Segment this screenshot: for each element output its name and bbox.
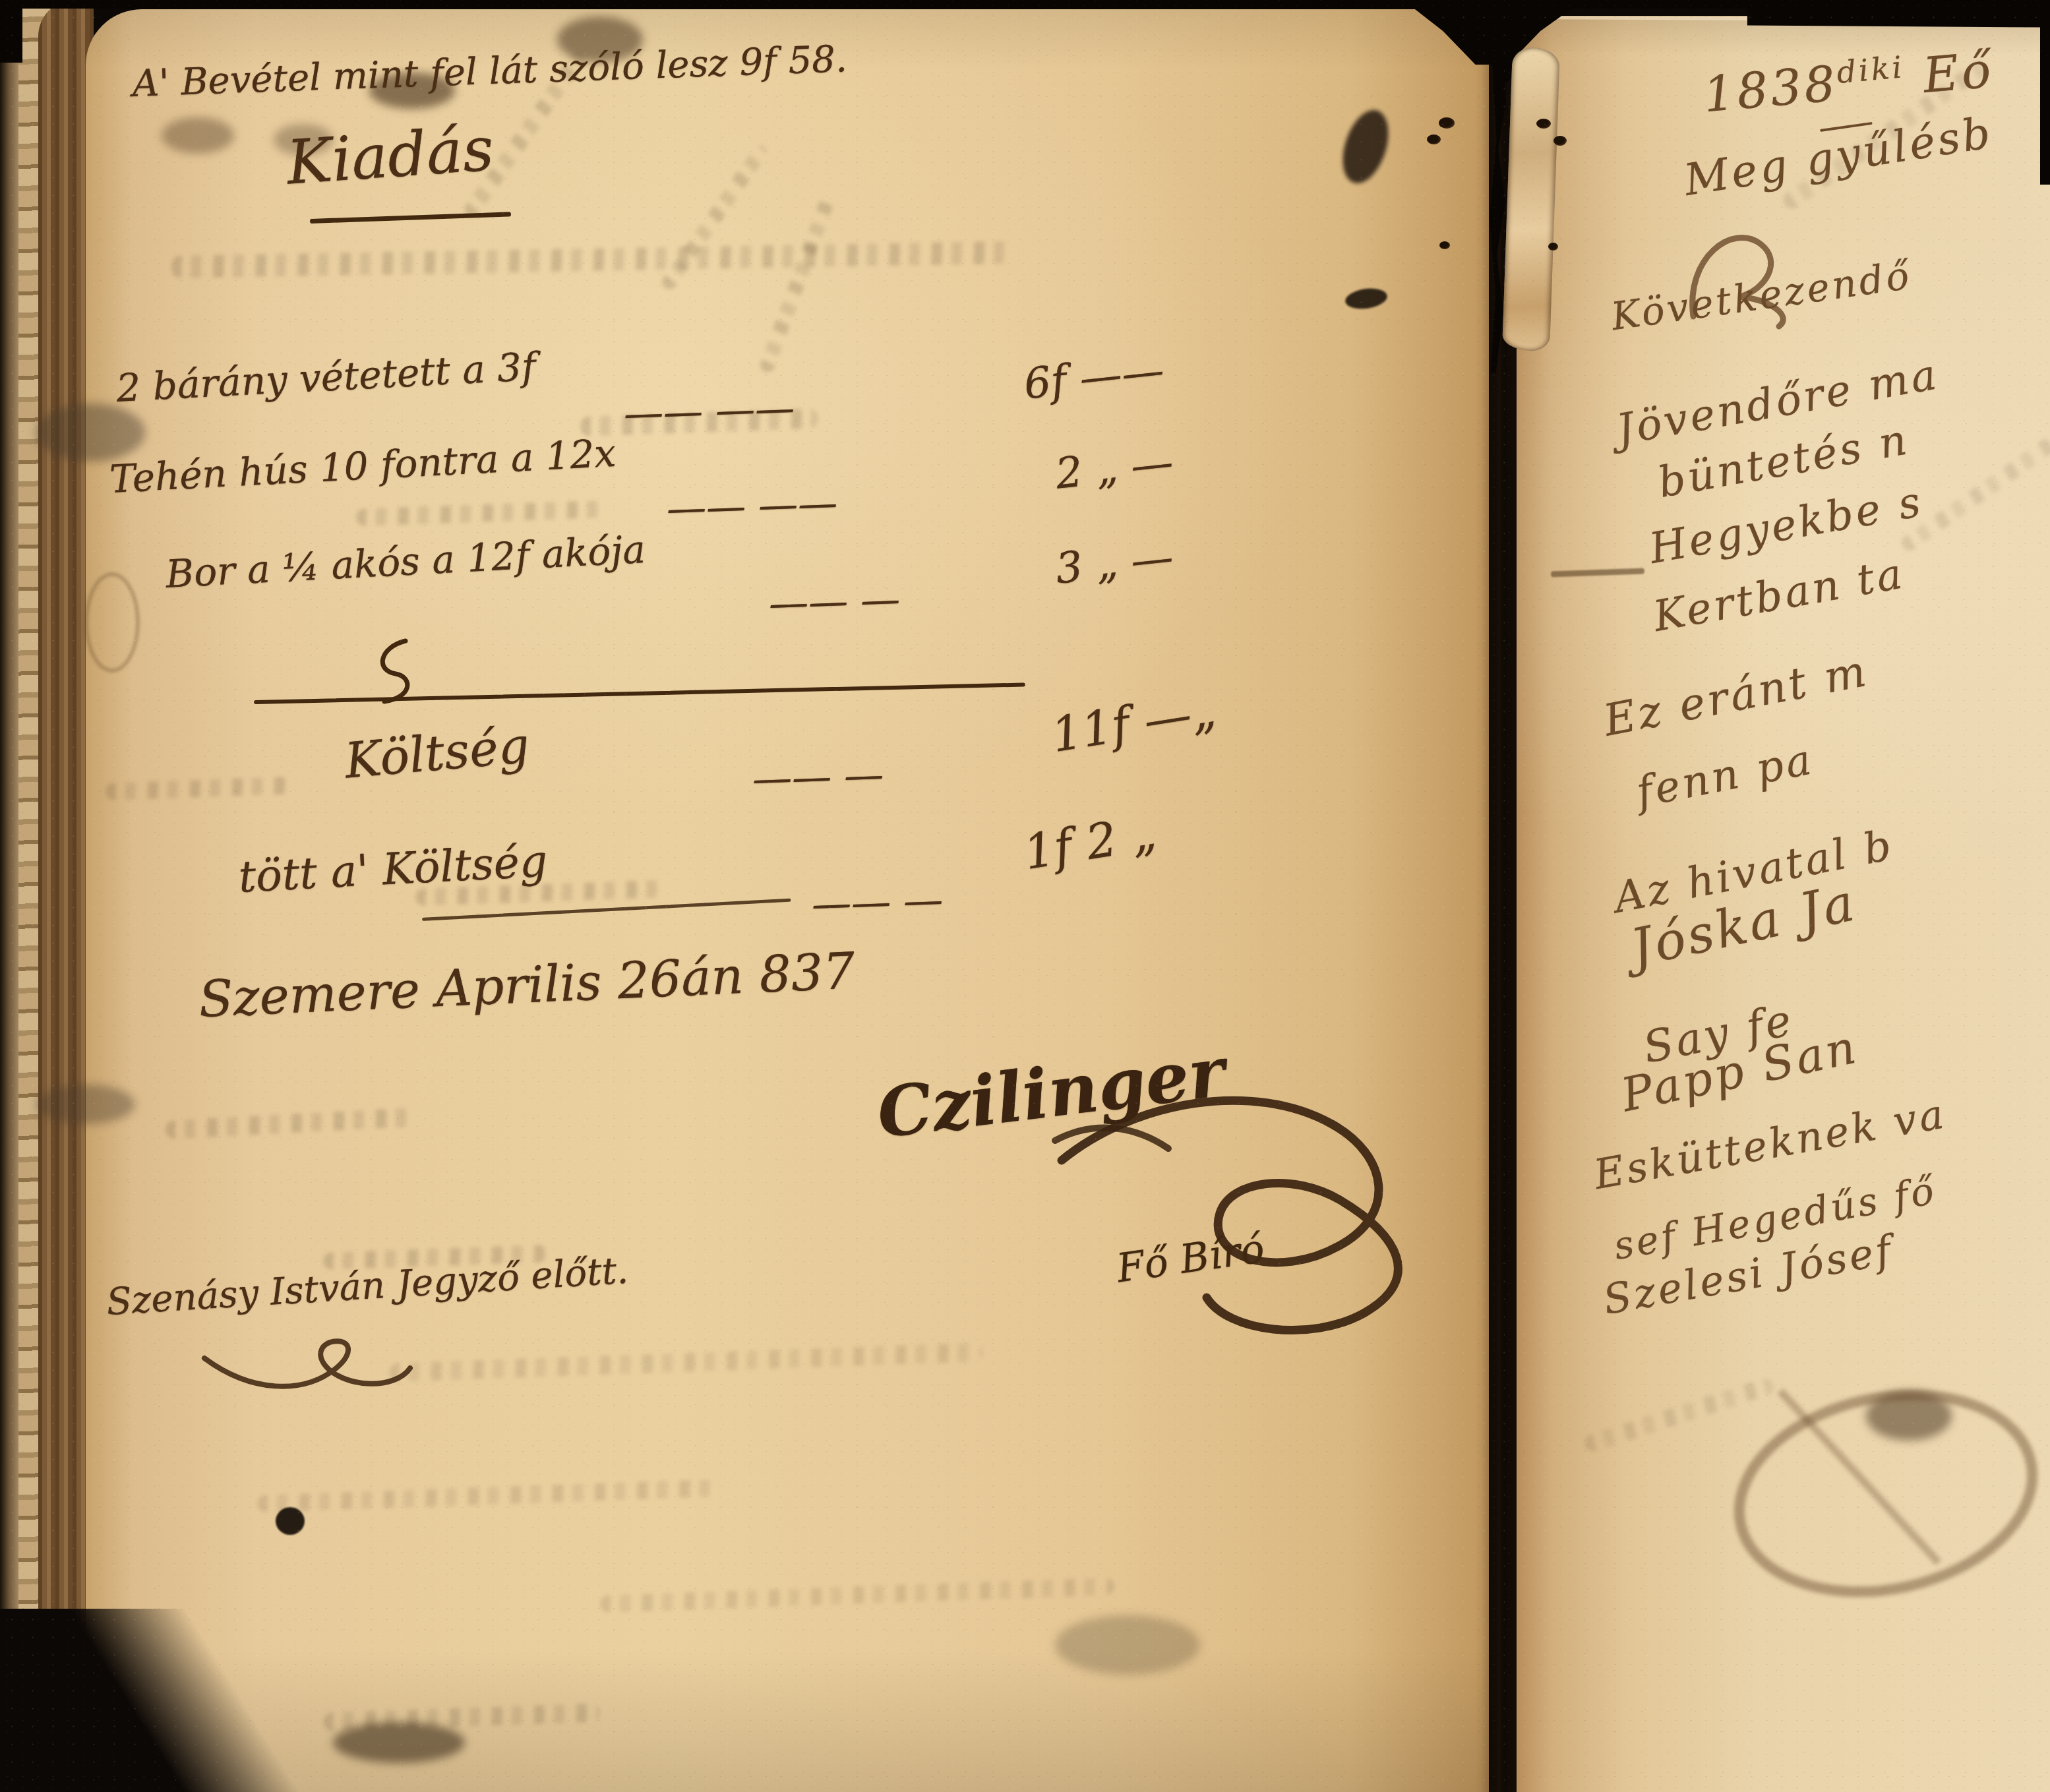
worm-hole (1427, 134, 1441, 144)
manuscript-book-photo: A' Bevétel mint fel lát szóló lesz 9f 58… (0, 0, 2050, 1792)
year-suffix: diki (1835, 49, 1906, 90)
ink-smudge (1055, 1615, 1200, 1675)
photo-right-edge (2040, 0, 2050, 185)
worm-hole (1536, 119, 1551, 129)
year-text: 1838 (1701, 55, 1840, 123)
ink-smudge (36, 403, 145, 462)
signature-flourish (1055, 1061, 1424, 1345)
gutter-crease (1498, 0, 1501, 1792)
total-dash: —— — (752, 755, 884, 799)
expenses-heading: Kiadás (285, 119, 496, 194)
ink-smudge (162, 117, 234, 154)
expense-dash: —— —— (666, 483, 838, 529)
photo-corner-bottom-left (0, 1609, 369, 1792)
expense-dash: —— — (768, 580, 901, 624)
margin-circle-mark (84, 572, 140, 672)
witness-underline-flourish (198, 1332, 415, 1404)
photo-top-right-edge (1747, 0, 2050, 28)
worm-hole (1439, 117, 1455, 129)
worm-hole (1439, 241, 1450, 249)
photo-top-edge (0, 0, 2050, 9)
photo-corner-top-left (0, 0, 22, 63)
expense-dash: —— —— (623, 388, 795, 434)
worm-hole (1553, 136, 1567, 146)
worm-hole (1548, 243, 1558, 251)
year-rest: Eő (1921, 42, 1996, 104)
grand-total-dash: —— — (811, 880, 944, 924)
pen-curl-mark (366, 634, 419, 707)
faded-flourish-mark (1701, 1371, 2050, 1622)
expense-amount: 3 „ — (1054, 536, 1175, 590)
ink-smudge (36, 1085, 135, 1124)
expense-amount: 2 „ — (1054, 441, 1175, 495)
ink-blot (276, 1507, 305, 1535)
ink-smudge (333, 1722, 465, 1763)
total-label: Költség (343, 721, 531, 786)
